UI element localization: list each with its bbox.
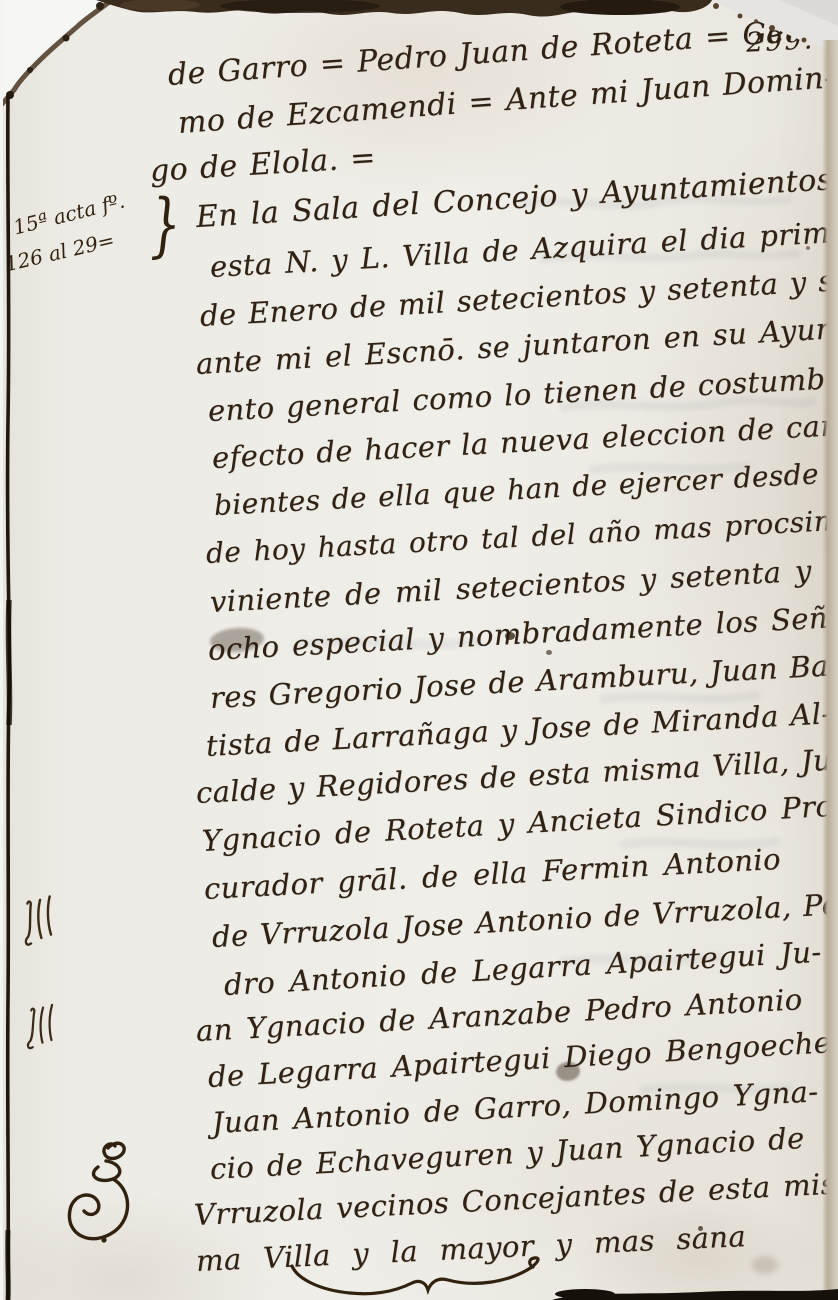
torn-top-edge [0, 0, 838, 118]
rubric-flourish-icon [62, 1138, 144, 1248]
margin-brace-icon: } [148, 183, 181, 265]
bottom-shadow-edge [0, 1282, 838, 1300]
scribal-tally-mark-icon [16, 891, 63, 950]
ink-speck [505, 632, 515, 640]
ink-speck [546, 650, 552, 655]
scribal-tally-mark-icon [22, 1001, 63, 1054]
ink-speck [698, 1226, 703, 1231]
stain-spot [752, 1256, 778, 1274]
page-edge-right [822, 40, 838, 1300]
manuscript-scan-page: de Garro = Pedro Juan de Roteta = Geroni… [0, 0, 838, 1300]
manuscript-line: go de Elola. = [149, 140, 377, 189]
binding-edge [0, 0, 22, 1300]
manuscript-text-block: de Garro = Pedro Juan de Roteta = Geroni… [0, 0, 838, 1300]
ink-speck [806, 246, 810, 250]
